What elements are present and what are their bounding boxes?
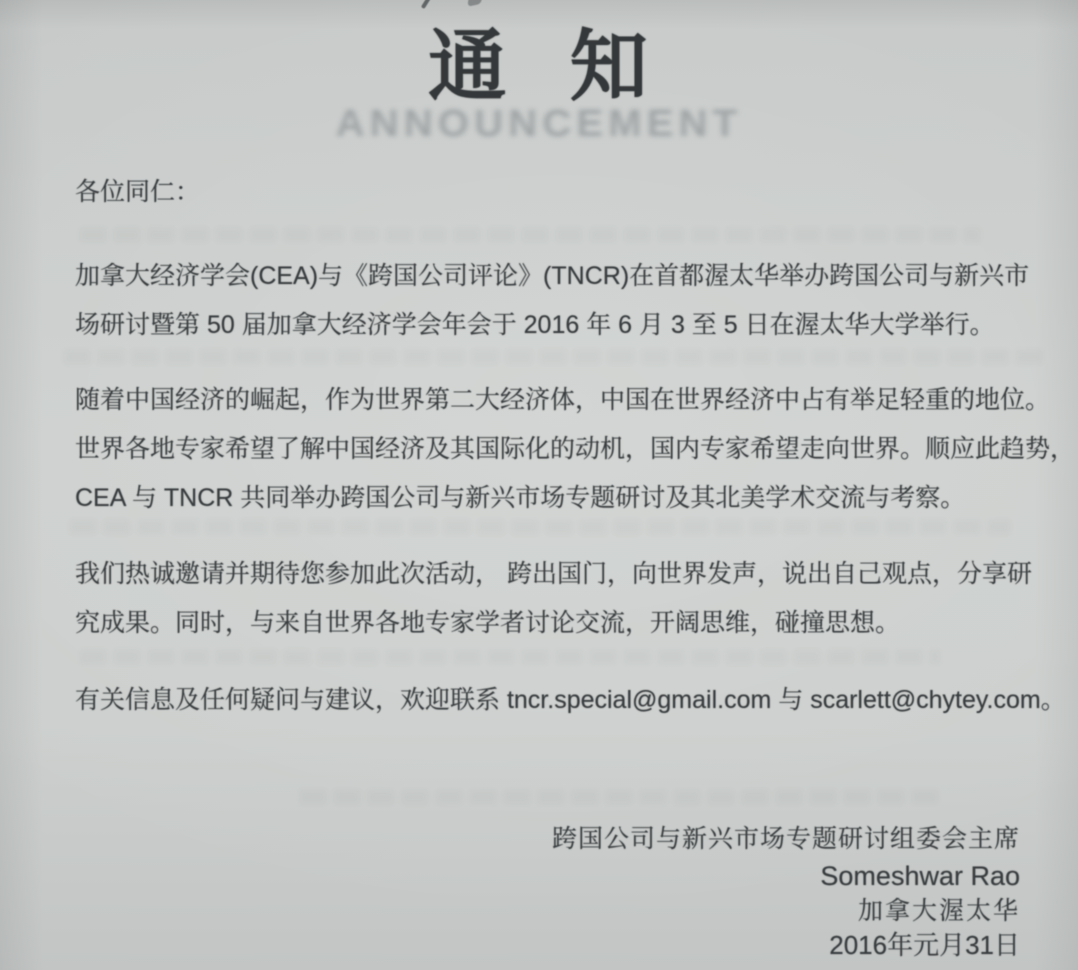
bleed-through-artifact (80, 650, 940, 664)
paragraph: 加拿大经济学会(CEA)与《跨国公司评论》(TNCR)在首都渥太华举办跨国公司与… (75, 252, 1029, 350)
paragraph-line: 有关信息及任何疑问与建议，欢迎联系 tncr.special@gmail.com… (75, 676, 1066, 725)
paragraph-line: 我们热诚邀请并期待您参加此次活动， 跨出国门，向世界发声，说出自己观点，分享研 (75, 550, 1032, 599)
signature-date: 2016年元月31日 (552, 928, 1020, 962)
paragraph-contact: 有关信息及任何疑问与建议，欢迎联系 tncr.special@gmail.com… (75, 676, 1066, 725)
paragraph-line: 加拿大经济学会(CEA)与《跨国公司评论》(TNCR)在首都渥太华举办跨国公司与… (75, 252, 1029, 301)
paragraph: 我们热诚邀请并期待您参加此次活动， 跨出国门，向世界发声，说出自己观点，分享研 … (75, 550, 1032, 648)
paragraph: 随着中国经济的崛起，作为世界第二大经济体，中国在世界经济中占有举足轻重的地位。 … (75, 376, 1075, 523)
paragraph-line: 场研讨暨第 50 届加拿大经济学会年会于 2016 年 6 月 3 至 5 日在… (75, 301, 1029, 350)
paragraph-line: CEA 与 TNCR 共同举办跨国公司与新兴市场专题研讨及其北美学术交流与考察。 (75, 474, 1075, 523)
signature-name: Someshwar Rao (552, 858, 1020, 894)
notice-document-page: 通 知 ANNOUNCEMENT 各位同仁： 加拿大经济学会(CEA)与《跨国公… (0, 0, 1078, 970)
document-content: 通 知 ANNOUNCEMENT 各位同仁： 加拿大经济学会(CEA)与《跨国公… (0, 0, 1078, 970)
bleed-through-artifact (300, 790, 940, 804)
signature-block: 跨国公司与新兴市场专题研讨组委会主席 Someshwar Rao 加拿大渥太华 … (552, 820, 1020, 962)
greeting-text: 各位同仁： (75, 168, 200, 217)
signature-location: 加拿大渥太华 (552, 894, 1020, 928)
page-title: 通 知 (0, 4, 1078, 116)
paragraph-line: 究成果。同时，与来自世界各地专家学者讨论交流，开阔思维，碰撞思想。 (75, 599, 1032, 648)
paragraph-line: 随着中国经济的崛起，作为世界第二大经济体，中国在世界经济中占有举足轻重的地位。 (75, 376, 1075, 425)
paragraph-line: 世界各地专家希望了解中国经济及其国际化的动机，国内专家希望走向世界。顺应此趋势， (75, 425, 1075, 474)
greeting: 各位同仁： (75, 168, 200, 217)
signature-role: 跨国公司与新兴市场专题研讨组委会主席 (552, 820, 1020, 858)
bleed-through-artifact (64, 350, 1044, 364)
bleed-through-watermark: ANNOUNCEMENT (0, 103, 1078, 146)
bleed-through-artifact (80, 228, 980, 242)
